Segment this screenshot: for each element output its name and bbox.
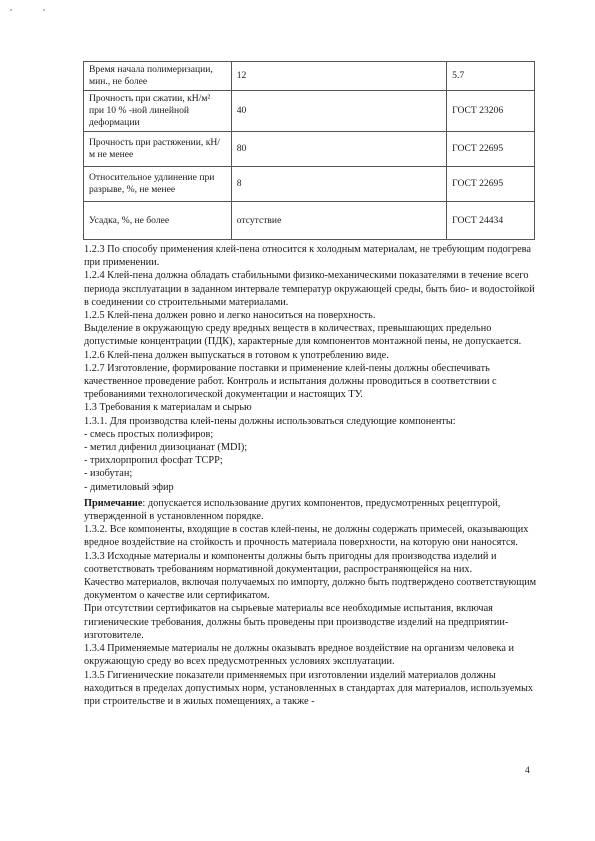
table-row: Относительное удлинение при разрыве, %, … [84, 167, 535, 202]
method-cell: ГОСТ 22695 [447, 132, 535, 167]
table-row: Время начала полимеризации, мин., не бол… [84, 62, 535, 91]
property-cell: Прочность при сжатии, кН/м² при 10 % -но… [84, 91, 232, 132]
paragraph-1-3-1: 1.3.1. Для производства клей-пены должны… [84, 415, 540, 428]
paragraph-1-3-5: 1.3.5 Гигиенические показатели применяем… [84, 669, 540, 709]
paragraph-1-2-5: 1.2.5 Клей-пена должен ровно и легко нан… [84, 309, 540, 322]
page-number: 4 [525, 766, 530, 776]
note-text: : допускается использование других компо… [84, 498, 500, 522]
note-label: Примечание [84, 498, 142, 509]
value-cell: 8 [231, 167, 446, 202]
table-row: Прочность при сжатии, кН/м² при 10 % -но… [84, 91, 535, 132]
component-item: - метил дифенил диизоцианат (MDI); [84, 441, 540, 454]
document-body: 1.2.3 По способу применения клей-пена от… [84, 243, 540, 708]
method-cell: ГОСТ 23206 [447, 91, 535, 132]
value-cell: 40 [231, 91, 446, 132]
component-item: - изобутан; [84, 467, 540, 480]
method-cell: ГОСТ 24434 [447, 202, 535, 240]
spec-table: Время начала полимеризации, мин., не бол… [83, 61, 535, 240]
component-item: - диметиловый эфир [84, 481, 540, 494]
scan-mark [10, 9, 12, 11]
paragraph-1-3-3-certificates: При отсутствии сертификатов на сырьевые … [84, 602, 540, 642]
property-cell: Относительное удлинение при разрыве, %, … [84, 167, 232, 202]
property-cell: Время начала полимеризации, мин., не бол… [84, 62, 232, 91]
method-cell: ГОСТ 22695 [447, 167, 535, 202]
paragraph-1-3-3: 1.3.3 Исходные материалы и компоненты до… [84, 550, 540, 576]
component-item: - трихлорпропил фосфат TCPP; [84, 454, 540, 467]
property-cell: Усадка, %, не более [84, 202, 232, 240]
property-cell: Прочность при растяжении, кН/м не менее [84, 132, 232, 167]
paragraph-1-2-3: 1.2.3 По способу применения клей-пена от… [84, 243, 540, 269]
paragraph-1-3-4: 1.3.4 Применяемые материалы не должны ок… [84, 642, 540, 668]
component-item: - смесь простых полиэфиров; [84, 428, 540, 441]
paragraph-1-3-2: 1.3.2. Все компоненты, входящие в состав… [84, 523, 540, 549]
value-cell: отсутствие [231, 202, 446, 240]
table-row: Прочность при растяжении, кН/м не менее … [84, 132, 535, 167]
section-heading-1-3: 1.3 Требования к материалам и сырью [84, 401, 540, 414]
value-cell: 80 [231, 132, 446, 167]
method-cell: 5.7 [447, 62, 535, 91]
scan-mark [43, 9, 45, 11]
paragraph-1-2-5-emissions: Выделение в окружающую среду вредных вещ… [84, 322, 540, 348]
paragraph-1-2-6: 1.2.6 Клей-пена должен выпускаться в гот… [84, 349, 540, 362]
paragraph-1-2-4: 1.2.4 Клей-пена должна обладать стабильн… [84, 269, 540, 309]
paragraph-1-2-7: 1.2.7 Изготовление, формирование поставк… [84, 362, 540, 402]
value-cell: 12 [231, 62, 446, 91]
table-row: Усадка, %, не более отсутствие ГОСТ 2443… [84, 202, 535, 240]
paragraph-1-3-3-quality: Качество материалов, включая получаемых … [84, 576, 540, 602]
note: Примечание: допускается использование др… [84, 497, 540, 523]
